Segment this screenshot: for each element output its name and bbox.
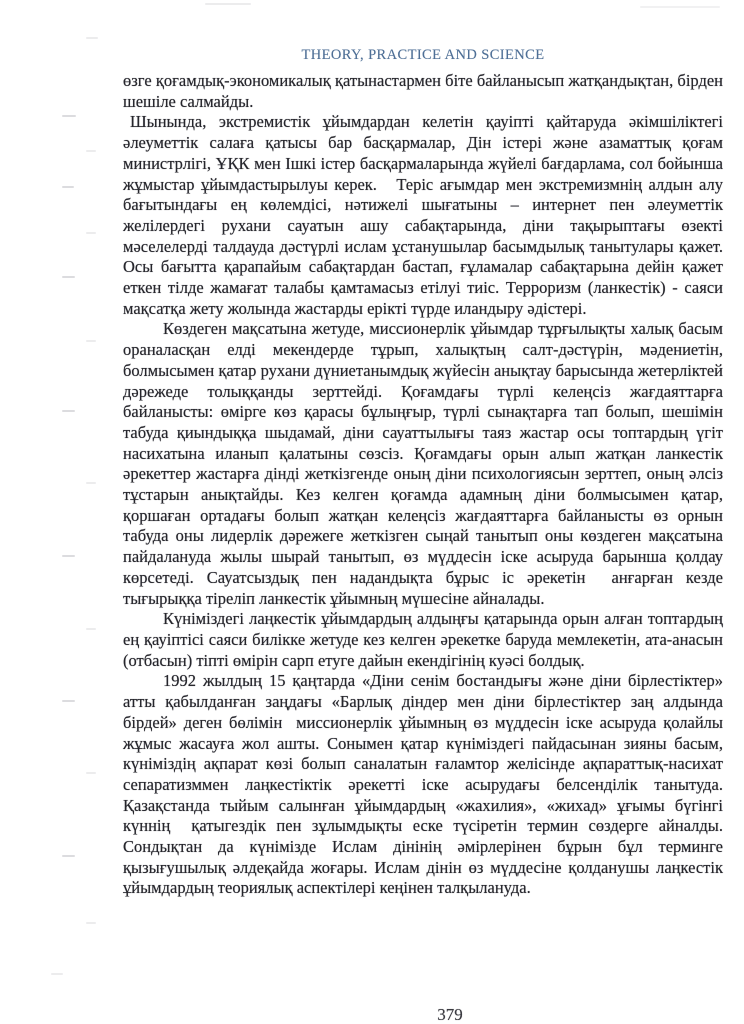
scan-artifact-dash (205, 3, 251, 5)
scan-artifact-dash (62, 115, 76, 117)
paragraph: 1992 жылдың 15 қаңтарда «Діни сенім бост… (123, 671, 723, 899)
scan-artifact-dash (86, 37, 98, 39)
scanned-paper-page: THEORY, PRACTICE AND SCIENCE өзге қоғамд… (0, 0, 744, 1024)
scan-artifact-dash (51, 973, 63, 975)
scan-artifact-dash (86, 922, 96, 924)
scan-artifact-dash (86, 628, 96, 630)
scan-artifact-dash (640, 6, 720, 8)
running-header: THEORY, PRACTICE AND SCIENCE (123, 47, 723, 64)
scan-artifact-dash (62, 410, 75, 412)
scan-artifact-dash (62, 186, 74, 188)
scan-artifact-dash (62, 700, 75, 702)
paragraph-continuation: өзге қоғамдық-экономикалық қатынастармен… (123, 71, 723, 112)
paragraph: Шынында, экстремистік ұйымдардан келетін… (123, 112, 723, 319)
paragraph: Көздеген мақсатына жетуде, миссионерлік … (123, 319, 723, 609)
scan-artifact-dash (86, 150, 96, 152)
scan-artifact-dash (86, 482, 96, 484)
scan-artifact-dash (86, 772, 96, 774)
scan-artifact-dash (62, 276, 75, 278)
scan-artifact-dash (86, 340, 96, 342)
page-number: 379 (420, 1005, 480, 1024)
paragraph: Күніміздегі лаңкестік ұйымдардың алдыңғы… (123, 609, 723, 671)
scan-artifact-dash (86, 232, 96, 234)
scan-artifact-dash (62, 555, 75, 557)
scan-artifact-dash (62, 855, 75, 857)
page-body-text: өзге қоғамдық-экономикалық қатынастармен… (123, 71, 723, 899)
